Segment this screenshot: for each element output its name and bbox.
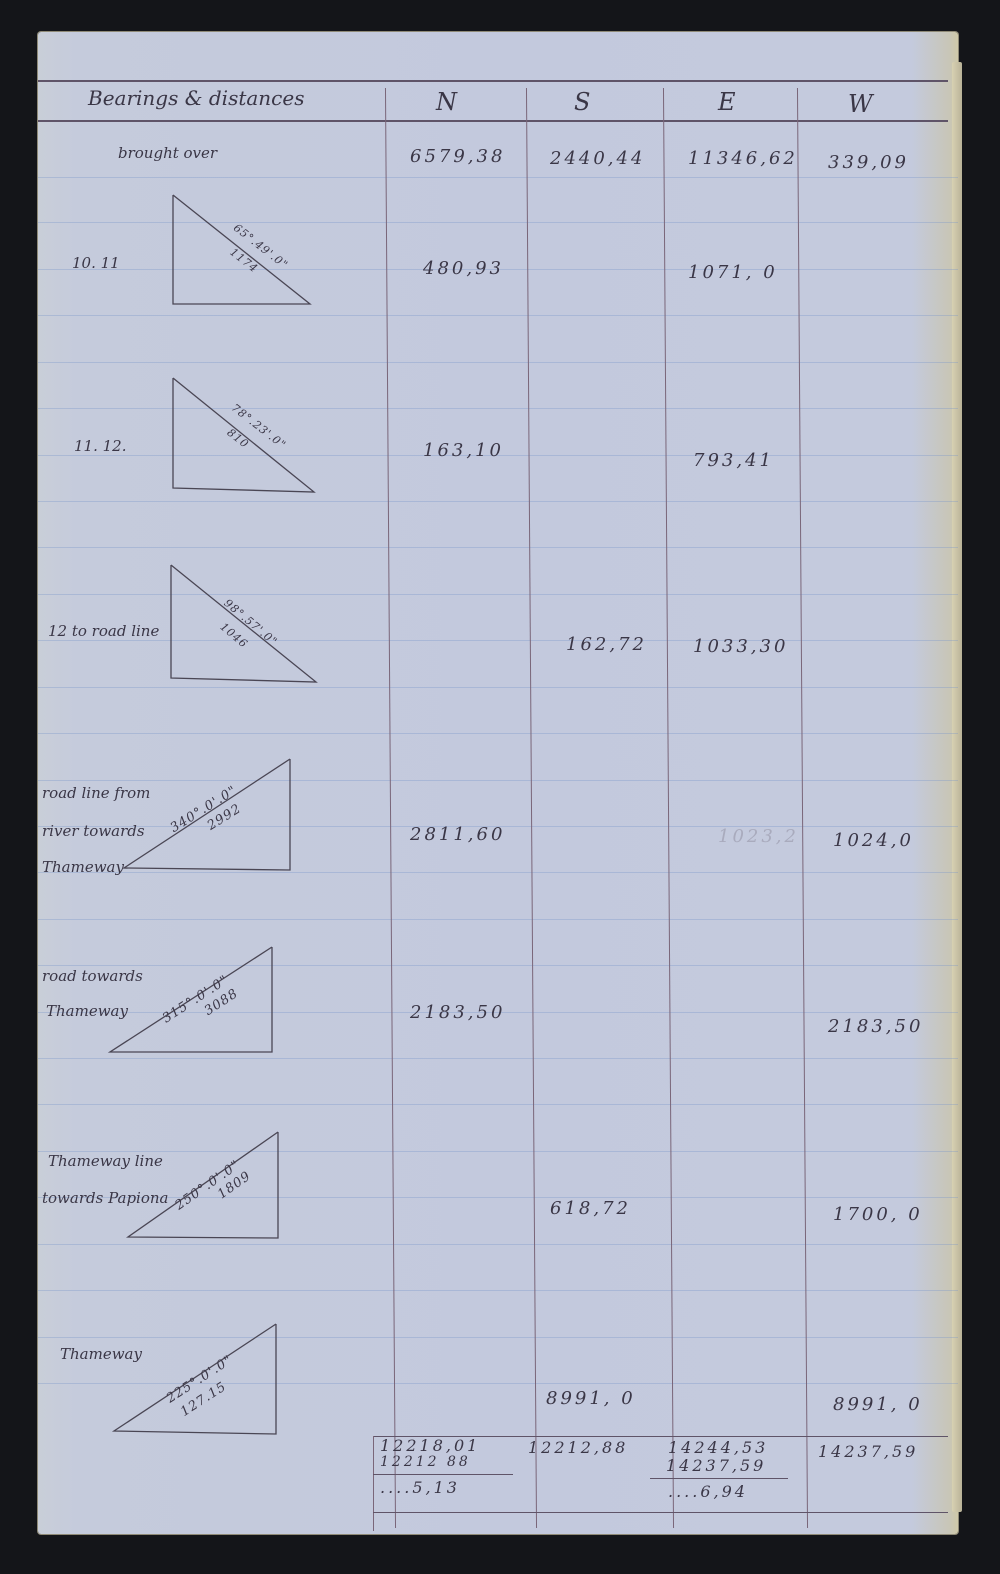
- col-rule-e: [663, 88, 674, 1528]
- cell-n: 2811,60: [410, 824, 505, 845]
- cell-w: 339,09: [828, 152, 909, 173]
- cell-s: 8991, 0: [546, 1388, 636, 1409]
- total-n: 12218,01: [380, 1436, 480, 1455]
- header-top-rule: [38, 80, 948, 82]
- cell-n: 480,93: [423, 258, 504, 279]
- header-n: N: [436, 88, 457, 116]
- total-w: 14237,59: [818, 1442, 918, 1461]
- cell-s: 162,72: [566, 634, 647, 655]
- cell-n: 6579,38: [410, 146, 505, 167]
- totals-left-rule: [373, 1436, 374, 1531]
- page-worn-edge: [952, 62, 962, 1512]
- totals-n-subrule: [373, 1474, 513, 1475]
- row-label: 11. 12.: [74, 437, 126, 455]
- row-label: brought over: [118, 144, 217, 162]
- total-n-minus: 12212 88: [380, 1454, 471, 1470]
- cell-e: 1071, 0: [688, 262, 778, 283]
- cell-w: 1024,0: [833, 830, 914, 851]
- totals-bottom-rule: [373, 1512, 948, 1513]
- cell-s: 618,72: [550, 1198, 631, 1219]
- header-s: S: [574, 88, 590, 116]
- cell-w: 2183,50: [828, 1016, 923, 1037]
- row-label-line: Thameway: [42, 858, 124, 876]
- header-bearings-distances: Bearings & distances: [88, 86, 304, 110]
- ledger-page: Bearings & distances N S E W brought ove…: [38, 32, 958, 1534]
- bearing-triangle-diagram: [122, 756, 297, 876]
- total-e-diff: ....6,94: [668, 1482, 748, 1501]
- row-label: 12 to road line: [48, 622, 159, 640]
- col-rule-n: [385, 88, 396, 1528]
- total-n-diff: ....5,13: [380, 1478, 460, 1497]
- header-e: E: [718, 88, 736, 116]
- cell-w: 1700, 0: [833, 1204, 923, 1225]
- col-rule-w: [797, 88, 808, 1528]
- header-bottom-rule: [38, 120, 948, 122]
- total-e-minus: 14237,59: [666, 1456, 766, 1475]
- cell-e: 1033,30: [693, 636, 788, 657]
- cell-e: 11346,62: [688, 148, 798, 169]
- cell-w: 8991, 0: [833, 1394, 923, 1415]
- col-rule-s: [526, 88, 537, 1528]
- total-s: 12212,88: [528, 1438, 628, 1457]
- cell-e: 793,41: [693, 450, 774, 471]
- cell-n: 163,10: [423, 440, 504, 461]
- cell-s: 2440,44: [550, 148, 645, 169]
- total-e: 14244,53: [668, 1438, 768, 1457]
- cell-n: 2183,50: [410, 1002, 505, 1023]
- header-w: W: [848, 90, 873, 118]
- cell-e-faded: 1023,2: [718, 826, 799, 847]
- totals-e-subrule: [650, 1478, 788, 1479]
- row-label: 10. 11: [72, 254, 120, 272]
